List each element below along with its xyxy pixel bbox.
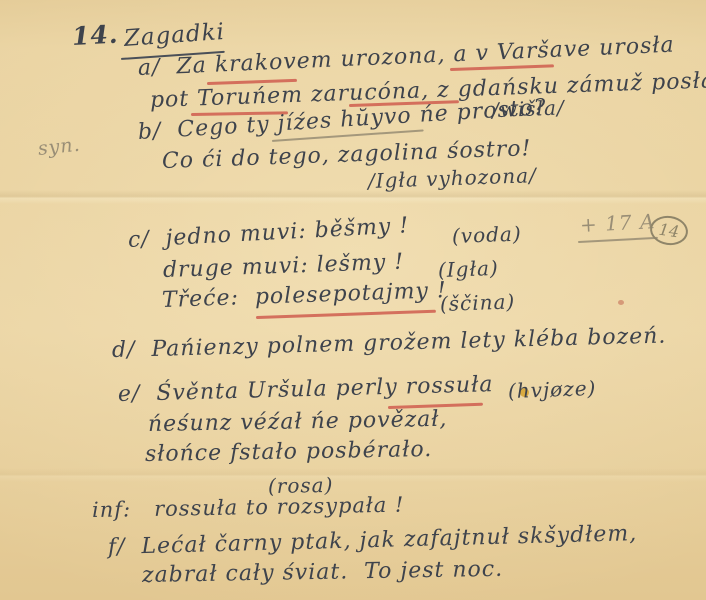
paper-stain [618, 300, 624, 305]
informant-note: inf: rossuła to rozsypała ! [92, 495, 405, 521]
riddle-f-line2: zabrał cały śviat. To jest noc. [142, 559, 503, 587]
riddle-b-answer: /Igła vyhozona/ [368, 165, 537, 191]
riddle-c-answer2: (Igła) [438, 258, 499, 280]
riddle-e-answer1: (hvjøze) [508, 378, 597, 401]
margin-note-17a: + 17 A [579, 211, 655, 235]
pencil-underline-17a [578, 237, 658, 243]
riddle-f-line1: f/ Lećał čarny ptak, jak zafajtnuł skšyd… [108, 523, 638, 559]
riddle-c-answer3: (ščina) [440, 291, 516, 314]
manuscript-page: 14. Zagadki a/ Za krakovem urozona, a v … [0, 0, 706, 600]
page-number-heading: 14. [71, 22, 119, 49]
riddle-c-line2: druge muvi: lešmy ! [163, 252, 405, 282]
page-title: Zagadki [123, 21, 226, 51]
riddle-e-answer2: (rosa) [268, 475, 334, 496]
paper-crease [0, 468, 706, 482]
riddle-c-line3: Třeće: polesepotajmy ! [162, 280, 447, 312]
paper-crease [0, 190, 706, 204]
margin-note-syn: syn. [37, 136, 82, 159]
red-underline-polesepotajmy [256, 310, 436, 319]
riddle-e-line1: e/ Śvěnta Uršula perly rossuła [118, 374, 494, 406]
riddle-d-line1: d/ Pańienzy polnem grožem lety kléba boz… [112, 325, 667, 362]
riddle-e-line2: ńeśunz véźał ńe povězał, [148, 409, 448, 436]
riddle-c-answer1: (voda) [452, 224, 522, 246]
riddle-e-line3: słońce fstało posbérało. [145, 439, 433, 466]
riddle-c-line1: c/ jedno muvi: běšmy ! [127, 215, 409, 252]
circled-page-number: 14 [648, 213, 690, 247]
